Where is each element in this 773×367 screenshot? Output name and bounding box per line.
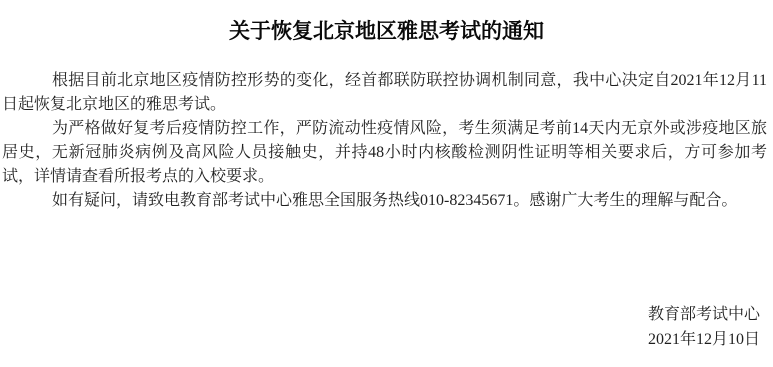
notice-paragraph-requirements: 为严格做好复考后疫情防控工作，严防流动性疫情风险，考生须满足考前14天内无京外或… xyxy=(2,117,767,189)
notice-document: 关于恢复北京地区雅思考试的通知 根据目前北京地区疫情防控形势的变化，经首都联防联… xyxy=(0,0,773,367)
notice-paragraph-resume: 根据目前北京地区疫情防控形势的变化，经首都联防联控协调机制同意，我中心决定自20… xyxy=(2,69,767,117)
notice-title: 关于恢复北京地区雅思考试的通知 xyxy=(0,0,773,45)
signature-issuer: 教育部考试中心 xyxy=(648,302,760,327)
signature-date: 2021年12月10日 xyxy=(648,327,760,352)
notice-paragraph-hotline: 如有疑问，请致电教育部考试中心雅思全国服务热线010-82345671。感谢广大… xyxy=(2,189,767,213)
notice-body: 根据目前北京地区疫情防控形势的变化，经首都联防联控协调机制同意，我中心决定自20… xyxy=(2,69,767,213)
signature-block: 教育部考试中心 2021年12月10日 xyxy=(648,302,760,352)
